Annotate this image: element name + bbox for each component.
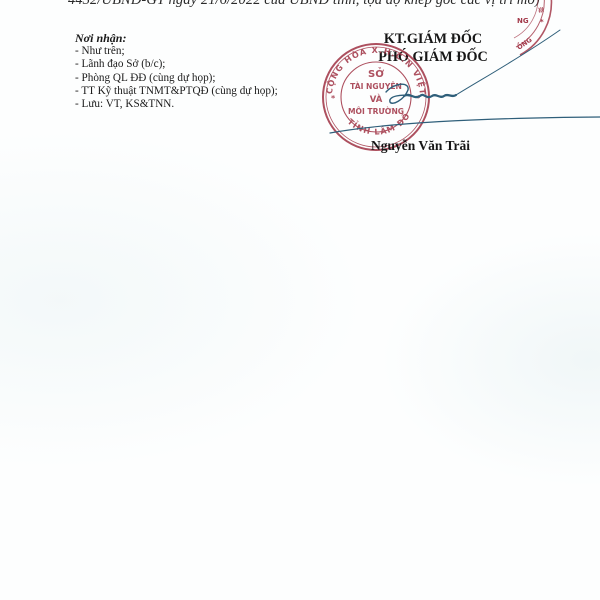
partial-stamp-text: NG (517, 17, 529, 25)
stamp-center-line: MÔI TRƯỜNG (348, 107, 404, 116)
svg-text:*: * (416, 94, 421, 103)
document-page: 4432/UBND-GT ngày 21/6/2022 của UBND tỉn… (0, 0, 600, 600)
recipients-heading: Nơi nhận: (75, 32, 278, 45)
cut-off-text-line: 4432/UBND-GT ngày 21/6/2022 của UBND tỉn… (68, 0, 540, 9)
stamp-center-line: SỞ (368, 66, 384, 80)
stamp-center-line: TÀI NGUYÊN (350, 82, 402, 91)
recipient-item: - TT Kỹ thuật TNMT&PTQĐ (cùng dự họp); (75, 85, 278, 98)
svg-text:*: * (331, 94, 336, 103)
partial-stamp-text-2: ỒNG (514, 34, 533, 52)
signature-title-line1: KT.GIÁM ĐỐC (358, 30, 508, 48)
recipient-item: - Phòng QL ĐĐ (cùng dự họp); (75, 72, 278, 85)
recipient-item: - Lãnh đạo Sở (b/c); (75, 58, 278, 71)
signature-title-block: KT.GIÁM ĐỐC PHÓ GIÁM ĐỐC (358, 30, 508, 66)
signature-title-line2: PHÓ GIÁM ĐỐC (358, 48, 508, 66)
stamp-center-line: VÀ (370, 93, 383, 105)
signer-name: Nguyễn Văn Trãi (371, 138, 470, 154)
recipient-item: - Lưu: VT, KS&TNN. (75, 98, 278, 111)
svg-text:*: * (540, 18, 544, 26)
recipient-item: - Như trên; (75, 45, 278, 58)
recipients-section: Nơi nhận: - Như trên; - Lãnh đạo Sở (b/c… (75, 32, 278, 111)
